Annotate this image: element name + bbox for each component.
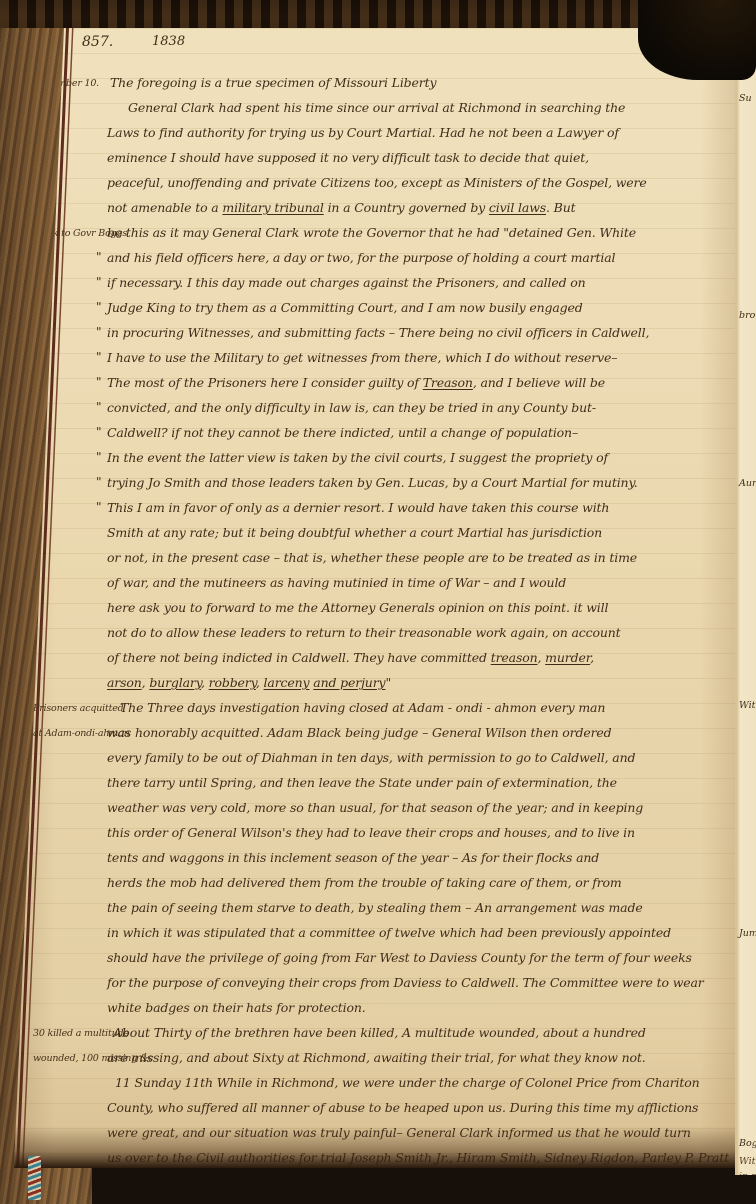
quote-mark: " xyxy=(96,400,101,414)
facing-page-text-fragment: Aur xyxy=(739,478,756,489)
line-text: in procuring Witnesses, and submitting f… xyxy=(107,322,649,340)
manuscript-line: in which it was stipulated that a commit… xyxy=(0,922,735,947)
manuscript-line: herds the mob had delivered them from th… xyxy=(0,872,735,897)
line-text: Smith at any rate; but it being doubtful… xyxy=(107,522,602,540)
margin-note: wounded, 100 missing &c xyxy=(33,1053,153,1064)
manuscript-line: "convicted, and the only difficulty in l… xyxy=(0,397,735,422)
line-text: the pain of seeing them starve to death,… xyxy=(107,897,643,915)
line-text: this order of General Wilson's they had … xyxy=(107,822,635,840)
facing-page-text-fragment: Su xyxy=(739,93,752,104)
manuscript-line: every family to be out of Diahman in ten… xyxy=(0,747,735,772)
line-text: or not, in the present case – that is, w… xyxy=(107,547,637,565)
line-text: not do to allow these leaders to return … xyxy=(107,622,621,640)
line-text: are missing, and about Sixty at Richmond… xyxy=(107,1047,646,1065)
line-text: Caldwell? if not they cannot be there in… xyxy=(107,422,578,440)
manuscript-line: Clark to Govr Boggsbe this as it may Gen… xyxy=(0,222,735,247)
line-text: peaceful, unoffending and private Citize… xyxy=(107,172,647,190)
manuscript-page: 857. 1838 November 10.The foregoing is a… xyxy=(0,28,735,1168)
manuscript-line: "Caldwell? if not they cannot be there i… xyxy=(0,422,735,447)
facing-page-sliver: N Su brow Aur Wit Jum Boga Witne in pr xyxy=(735,50,756,1175)
manuscript-line: "The most of the Prisoners here I consid… xyxy=(0,372,735,397)
manuscript-line: at Adam-ondi-ahmonwas honorably acquitte… xyxy=(0,722,735,747)
line-text: white badges on their hats for protectio… xyxy=(107,997,366,1015)
manuscript-line: "In the event the latter view is taken b… xyxy=(0,447,735,472)
line-text: convicted, and the only difficulty in la… xyxy=(107,397,596,415)
marbled-page-edge xyxy=(28,1156,41,1200)
line-text: and his field officers here, a day or tw… xyxy=(107,247,615,265)
line-text: was honorably acquitted. Adam Black bein… xyxy=(107,722,612,740)
quote-mark: " xyxy=(96,350,101,364)
manuscript-line: white badges on their hats for protectio… xyxy=(0,997,735,1022)
facing-page-text-fragment: Wit xyxy=(739,700,755,711)
manuscript-line: Laws to find authority for trying us by … xyxy=(0,122,735,147)
margin-note: 30 killed a multitude xyxy=(33,1028,129,1039)
manuscript-line: here ask you to forward to me the Attorn… xyxy=(0,597,735,622)
line-text: Judge King to try them as a Committing C… xyxy=(107,297,583,315)
line-text: tents and waggons in this inclement seas… xyxy=(107,847,599,865)
quote-mark: " xyxy=(96,425,101,439)
line-text: I have to use the Military to get witnes… xyxy=(107,347,617,365)
line-text: This I am in favor of only as a dernier … xyxy=(107,497,609,515)
manuscript-scan: 857. 1838 November 10.The foregoing is a… xyxy=(0,0,756,1204)
facing-page-text-fragment: Jum xyxy=(739,928,756,939)
manuscript-line: of war, and the mutineers as having muti… xyxy=(0,572,735,597)
manuscript-line: Prisoners acquittedThe Three days invest… xyxy=(0,697,735,722)
manuscript-line: there tarry until Spring, and then leave… xyxy=(0,772,735,797)
quote-mark: " xyxy=(96,300,101,314)
facing-page-text-fragment: brow xyxy=(739,310,756,321)
manuscript-line: arson, burglary, robbery, larceny and pe… xyxy=(0,672,735,697)
manuscript-body: November 10.The foregoing is a true spec… xyxy=(0,72,735,1172)
line-text: should have the privilege of going from … xyxy=(107,947,692,965)
line-text: not amenable to a military tribunal in a… xyxy=(107,197,576,215)
manuscript-line: eminence I should have supposed it no ve… xyxy=(0,147,735,172)
manuscript-line: "if necessary. I this day made out charg… xyxy=(0,272,735,297)
line-text: be this as it may General Clark wrote th… xyxy=(107,222,636,240)
manuscript-line: for the purpose of conveying their crops… xyxy=(0,972,735,997)
line-text: eminence I should have supposed it no ve… xyxy=(107,147,589,165)
quote-mark: " xyxy=(96,375,101,389)
quote-mark: " xyxy=(96,500,101,514)
manuscript-line: weather was very cold, more so than usua… xyxy=(0,797,735,822)
margin-note: Prisoners acquitted xyxy=(33,703,124,714)
manuscript-line: "Judge King to try them as a Committing … xyxy=(0,297,735,322)
manuscript-line: "This I am in favor of only as a dernier… xyxy=(0,497,735,522)
line-text: weather was very cold, more so than usua… xyxy=(107,797,643,815)
line-text: in which it was stipulated that a commit… xyxy=(107,922,671,940)
line-text: In the event the latter view is taken by… xyxy=(107,447,608,465)
quote-mark: " xyxy=(96,325,101,339)
manuscript-line: Smith at any rate; but it being doubtful… xyxy=(0,522,735,547)
line-text: of there not being indicted in Caldwell.… xyxy=(107,647,594,665)
manuscript-line: "and his field officers here, a day or t… xyxy=(0,247,735,272)
page-header: 857. 1838 xyxy=(0,34,735,60)
year-label: 1838 xyxy=(152,34,185,49)
manuscript-line: County, who suffered all manner of abuse… xyxy=(0,1097,735,1122)
line-text: herds the mob had delivered them from th… xyxy=(107,872,622,890)
manuscript-line: November 10.The foregoing is a true spec… xyxy=(0,72,735,97)
manuscript-line: tents and waggons in this inclement seas… xyxy=(0,847,735,872)
quote-mark: " xyxy=(96,450,101,464)
manuscript-line: not amenable to a military tribunal in a… xyxy=(0,197,735,222)
line-text: here ask you to forward to me the Attorn… xyxy=(107,597,608,615)
quote-mark: " xyxy=(96,250,101,264)
manuscript-line: 30 killed a multitudeAbout Thirty of the… xyxy=(0,1022,735,1047)
manuscript-line: peaceful, unoffending and private Citize… xyxy=(0,172,735,197)
line-text: The Three days investigation having clos… xyxy=(120,697,605,715)
dark-corner-shadow xyxy=(638,0,756,80)
line-text: of war, and the mutineers as having muti… xyxy=(107,572,566,590)
manuscript-line: this order of General Wilson's they had … xyxy=(0,822,735,847)
facing-page-text-fragment: in pr xyxy=(739,1171,756,1175)
line-text: The most of the Prisoners here I conside… xyxy=(107,372,605,390)
line-text: Laws to find authority for trying us by … xyxy=(107,122,619,140)
line-text: The foregoing is a true specimen of Miss… xyxy=(110,72,436,90)
manuscript-line: wounded, 100 missing &care missing, and … xyxy=(0,1047,735,1072)
line-text: County, who suffered all manner of abuse… xyxy=(107,1097,698,1115)
line-text: every family to be out of Diahman in ten… xyxy=(107,747,635,765)
manuscript-line: the pain of seeing them starve to death,… xyxy=(0,897,735,922)
line-text: arson, burglary, robbery, larceny and pe… xyxy=(107,672,391,690)
manuscript-line: "in procuring Witnesses, and submitting … xyxy=(0,322,735,347)
line-text: trying Jo Smith and those leaders taken … xyxy=(107,472,638,490)
manuscript-line: of there not being indicted in Caldwell.… xyxy=(0,647,735,672)
manuscript-line: or not, in the present case – that is, w… xyxy=(0,547,735,572)
margin-note: at Adam-ondi-ahmon xyxy=(33,728,130,739)
manuscript-line: "I have to use the Military to get witne… xyxy=(0,347,735,372)
line-text: General Clark had spent his time since o… xyxy=(128,97,625,115)
line-text: 11 Sunday 11th While in Richmond, we wer… xyxy=(115,1072,700,1090)
manuscript-line: General Clark had spent his time since o… xyxy=(0,97,735,122)
line-text: About Thirty of the brethren have been k… xyxy=(113,1022,646,1040)
quote-mark: " xyxy=(96,275,101,289)
line-text: if necessary. I this day made out charge… xyxy=(107,272,586,290)
manuscript-line: should have the privilege of going from … xyxy=(0,947,735,972)
facing-page-text-fragment: Witne xyxy=(739,1156,756,1167)
manuscript-line: 11 Sunday 11th While in Richmond, we wer… xyxy=(0,1072,735,1097)
page-bottom-shadow xyxy=(0,1126,735,1168)
line-text: there tarry until Spring, and then leave… xyxy=(107,772,617,790)
manuscript-line: not do to allow these leaders to return … xyxy=(0,622,735,647)
facing-page-text-fragment: Boga xyxy=(739,1138,756,1149)
quote-mark: " xyxy=(96,475,101,489)
page-number: 857. xyxy=(82,34,113,50)
manuscript-line: "trying Jo Smith and those leaders taken… xyxy=(0,472,735,497)
line-text: for the purpose of conveying their crops… xyxy=(107,972,704,990)
